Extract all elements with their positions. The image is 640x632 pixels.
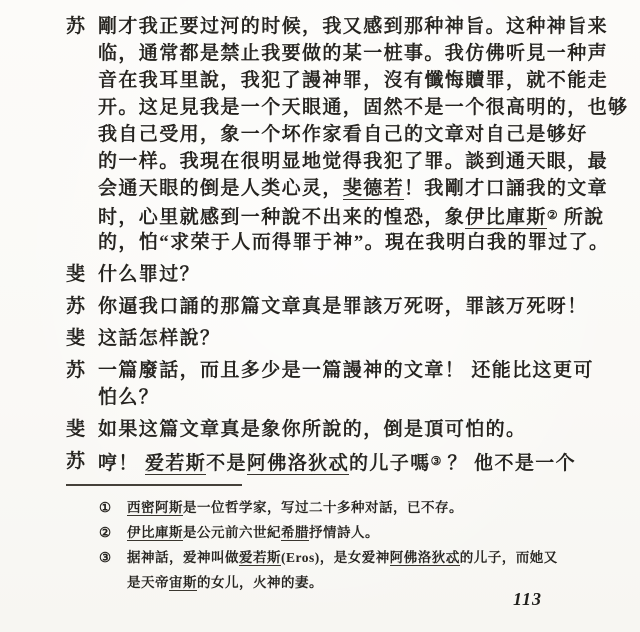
proper-noun-underlined: 西密阿斯 — [127, 500, 183, 516]
proper-noun-underlined: 爱若斯 — [239, 550, 281, 566]
text-segment: 的儿子嗎 — [349, 453, 431, 474]
dialogue-turn: 苏你逼我口誦的那篇文章真是罪該万死呀，罪該万死呀！ — [66, 293, 640, 320]
dialogue-lines: 什么罪过？ — [98, 261, 640, 288]
footnote-line: 西密阿斯是一位哲学家，写过二十多种对話，已不存。 — [127, 495, 640, 520]
dialogue-turn: 苏一篇廢話，而且多少是一篇謾神的文章！ 还能比这更可怕么？ — [66, 357, 640, 411]
dialogue-turn: 斐如果这篇文章真是象你所說的，倒是頂可怕的。 — [66, 416, 640, 443]
footnote-item: ③据神話，爱神叫做爱若斯(Eros)，是女爱神阿佛洛狄忒的儿子，而她又是天帝宙斯… — [99, 545, 640, 595]
footnote-ref-mark: ② — [547, 208, 558, 222]
proper-noun-underlined: 斐德若 — [343, 178, 404, 200]
dialogue-line: 开。这足見我是一个天眼通，固然不是一个很高明的，也够 — [98, 94, 640, 121]
dialogue-line: 时，心里就感到一种說不出来的惶恐，象伊比庫斯② 所說 — [98, 202, 640, 229]
page-number: 113 — [513, 589, 542, 610]
text-segment: 是一位哲学家，写过二十多种对話，已不存。 — [183, 500, 463, 515]
text-segment: ！我剛才口誦我的文章 — [404, 178, 608, 199]
dialogue-turn: 苏哼！ 爱若斯不是阿佛洛狄忒的儿子嗎③ ？ 他不是一个 — [66, 448, 640, 475]
footnote-marker: ③ — [99, 545, 127, 595]
dialogue-turn: 斐什么罪过？ — [66, 261, 640, 288]
text-segment: 时，心里就感到一种說不出来的惶恐，象 — [98, 207, 465, 228]
dialogue-lines: 如果这篇文章真是象你所說的，倒是頂可怕的。 — [98, 416, 640, 443]
text-segment: 我自己受用，象一个坏作家看自己的文章对自己是够好 — [98, 124, 588, 145]
dialogue-line: 这話怎样說？ — [98, 325, 640, 352]
text-segment: 你逼我口誦的那篇文章真是罪該万死呀，罪該万死呀！ — [98, 296, 588, 317]
footnote-item: ①西密阿斯是一位哲学家，写过二十多种对話，已不存。 — [99, 495, 640, 520]
text-segment: 是天帝 — [127, 575, 169, 590]
proper-noun-underlined: 爱若斯 — [145, 453, 206, 475]
text-segment: 的，怕“求荣于人而得罪于神”。現在我明白我的罪过了。 — [98, 232, 609, 253]
text-segment: 一篇廢話，而且多少是一篇謾神的文章！ 还能比这更可 — [98, 360, 594, 381]
footnote-lines: 伊比庫斯是公元前六世紀希腊抒情詩人。 — [127, 520, 640, 545]
text-segment: 临，通常都是禁止我要做的某一桩事。我仿佛听見一种声 — [98, 43, 608, 64]
footnote-item: ②伊比庫斯是公元前六世紀希腊抒情詩人。 — [99, 520, 640, 545]
footnote-lines: 西密阿斯是一位哲学家，写过二十多种对話，已不存。 — [127, 495, 640, 520]
speaker-label: 苏 — [66, 13, 88, 256]
text-segment: 的儿子，而她又 — [460, 550, 558, 565]
text-segment: 什么罪过？ — [98, 264, 200, 285]
dialogue-line: 我自己受用，象一个坏作家看自己的文章对自己是够好 — [98, 121, 640, 148]
dialogue-line: 你逼我口誦的那篇文章真是罪該万死呀，罪該万死呀！ — [98, 293, 640, 320]
text-segment: 开。这足見我是一个天眼通，固然不是一个很高明的，也够 — [98, 97, 628, 118]
dialogue-lines: 剛才我正要过河的时候，我又感到那种神旨。这种神旨来临，通常都是禁止我要做的某一桩… — [98, 13, 640, 256]
dialogue-line: 的，怕“求荣于人而得罪于神”。現在我明白我的罪过了。 — [98, 229, 640, 256]
speaker-label: 苏 — [66, 357, 88, 411]
text-segment: 不是 — [206, 453, 247, 474]
dialogue-lines: 你逼我口誦的那篇文章真是罪該万死呀，罪該万死呀！ — [98, 293, 640, 320]
speaker-label: 斐 — [66, 416, 88, 443]
text-segment: 据神話，爱神叫做 — [127, 550, 239, 565]
footnote-line: 是天帝宙斯的女儿，火神的妻。 — [127, 570, 640, 595]
text-segment: (Eros)，是女爱神 — [281, 550, 390, 565]
text-segment: 怕么？ — [98, 387, 159, 408]
dialogue-line: 剛才我正要过河的时候，我又感到那种神旨。这种神旨来 — [98, 13, 640, 40]
speaker-label: 斐 — [66, 261, 88, 288]
footnotes-block: ①西密阿斯是一位哲学家，写过二十多种对話，已不存。②伊比庫斯是公元前六世紀希腊抒… — [99, 495, 640, 595]
proper-noun-underlined: 阿佛洛狄忒 — [247, 453, 349, 475]
proper-noun-underlined: 宙斯 — [169, 575, 197, 591]
speaker-label: 苏 — [66, 293, 88, 320]
footnote-lines: 据神話，爱神叫做爱若斯(Eros)，是女爱神阿佛洛狄忒的儿子，而她又是天帝宙斯的… — [127, 545, 640, 595]
footnote-marker: ① — [99, 495, 127, 520]
text-segment: 的一样。我現在很明显地觉得我犯了罪。談到通天眼，最 — [98, 151, 608, 172]
speaker-label: 斐 — [66, 325, 88, 352]
text-segment: 是公元前六世紀 — [183, 525, 281, 540]
footnote-marker: ② — [99, 520, 127, 545]
footnote-line: 伊比庫斯是公元前六世紀希腊抒情詩人。 — [127, 520, 640, 545]
dialogue-line: 什么罪过？ — [98, 261, 640, 288]
dialogue-line: 一篇廢話，而且多少是一篇謾神的文章！ 还能比这更可 — [98, 357, 640, 384]
dialogue-lines: 这話怎样說？ — [98, 325, 640, 352]
dialogue-turn: 苏剛才我正要过河的时候，我又感到那种神旨。这种神旨来临，通常都是禁止我要做的某一… — [66, 13, 640, 256]
text-segment: 如果这篇文章真是象你所說的，倒是頂可怕的。 — [98, 419, 526, 440]
dialogue-turn: 斐这話怎样說？ — [66, 325, 640, 352]
text-segment: ？ 他不是一个 — [441, 453, 576, 474]
footnote-separator — [66, 484, 242, 486]
dialogue-line: 如果这篇文章真是象你所說的，倒是頂可怕的。 — [98, 416, 640, 443]
dialogue-line: 怕么？ — [98, 384, 640, 411]
dialogue-lines: 哼！ 爱若斯不是阿佛洛狄忒的儿子嗎③ ？ 他不是一个 — [98, 448, 640, 475]
dialogue-line: 音在我耳里說，我犯了謾神罪，沒有懺悔贖罪，就不能走 — [98, 67, 640, 94]
dialogue-line: 哼！ 爱若斯不是阿佛洛狄忒的儿子嗎③ ？ 他不是一个 — [98, 448, 640, 475]
dialogue-line: 的一样。我現在很明显地觉得我犯了罪。談到通天眼，最 — [98, 148, 640, 175]
footnote-ref-mark: ③ — [431, 454, 442, 468]
text-segment: 音在我耳里說，我犯了謾神罪，沒有懺悔贖罪，就不能走 — [98, 70, 608, 91]
text-segment: 所說 — [558, 207, 605, 228]
text-segment: 这話怎样說？ — [98, 328, 220, 349]
book-page-scan: 苏剛才我正要过河的时候，我又感到那种神旨。这种神旨来临，通常都是禁止我要做的某一… — [0, 0, 640, 632]
proper-noun-underlined: 伊比庫斯 — [465, 207, 547, 229]
text-segment: 会通天眼的倒是人类心灵， — [98, 178, 343, 199]
dialogue-line: 临，通常都是禁止我要做的某一桩事。我仿佛听見一种声 — [98, 40, 640, 67]
dialogue-block: 苏剛才我正要过河的时候，我又感到那种神旨。这种神旨来临，通常都是禁止我要做的某一… — [0, 0, 640, 475]
proper-noun-underlined: 伊比庫斯 — [127, 525, 183, 541]
speaker-label: 苏 — [66, 448, 88, 475]
dialogue-lines: 一篇廢話，而且多少是一篇謾神的文章！ 还能比这更可怕么？ — [98, 357, 640, 411]
proper-noun-underlined: 阿佛洛狄忒 — [390, 550, 460, 566]
text-segment: 哼！ — [98, 453, 145, 474]
text-segment: 剛才我正要过河的时候，我又感到那种神旨。这种神旨来 — [98, 16, 608, 37]
text-segment: 的女儿，火神的妻。 — [197, 575, 323, 590]
text-segment: 抒情詩人。 — [309, 525, 379, 540]
proper-noun-underlined: 希腊 — [281, 525, 309, 541]
dialogue-line: 会通天眼的倒是人类心灵，斐德若！我剛才口誦我的文章 — [98, 175, 640, 202]
footnote-line: 据神話，爱神叫做爱若斯(Eros)，是女爱神阿佛洛狄忒的儿子，而她又 — [127, 545, 640, 570]
